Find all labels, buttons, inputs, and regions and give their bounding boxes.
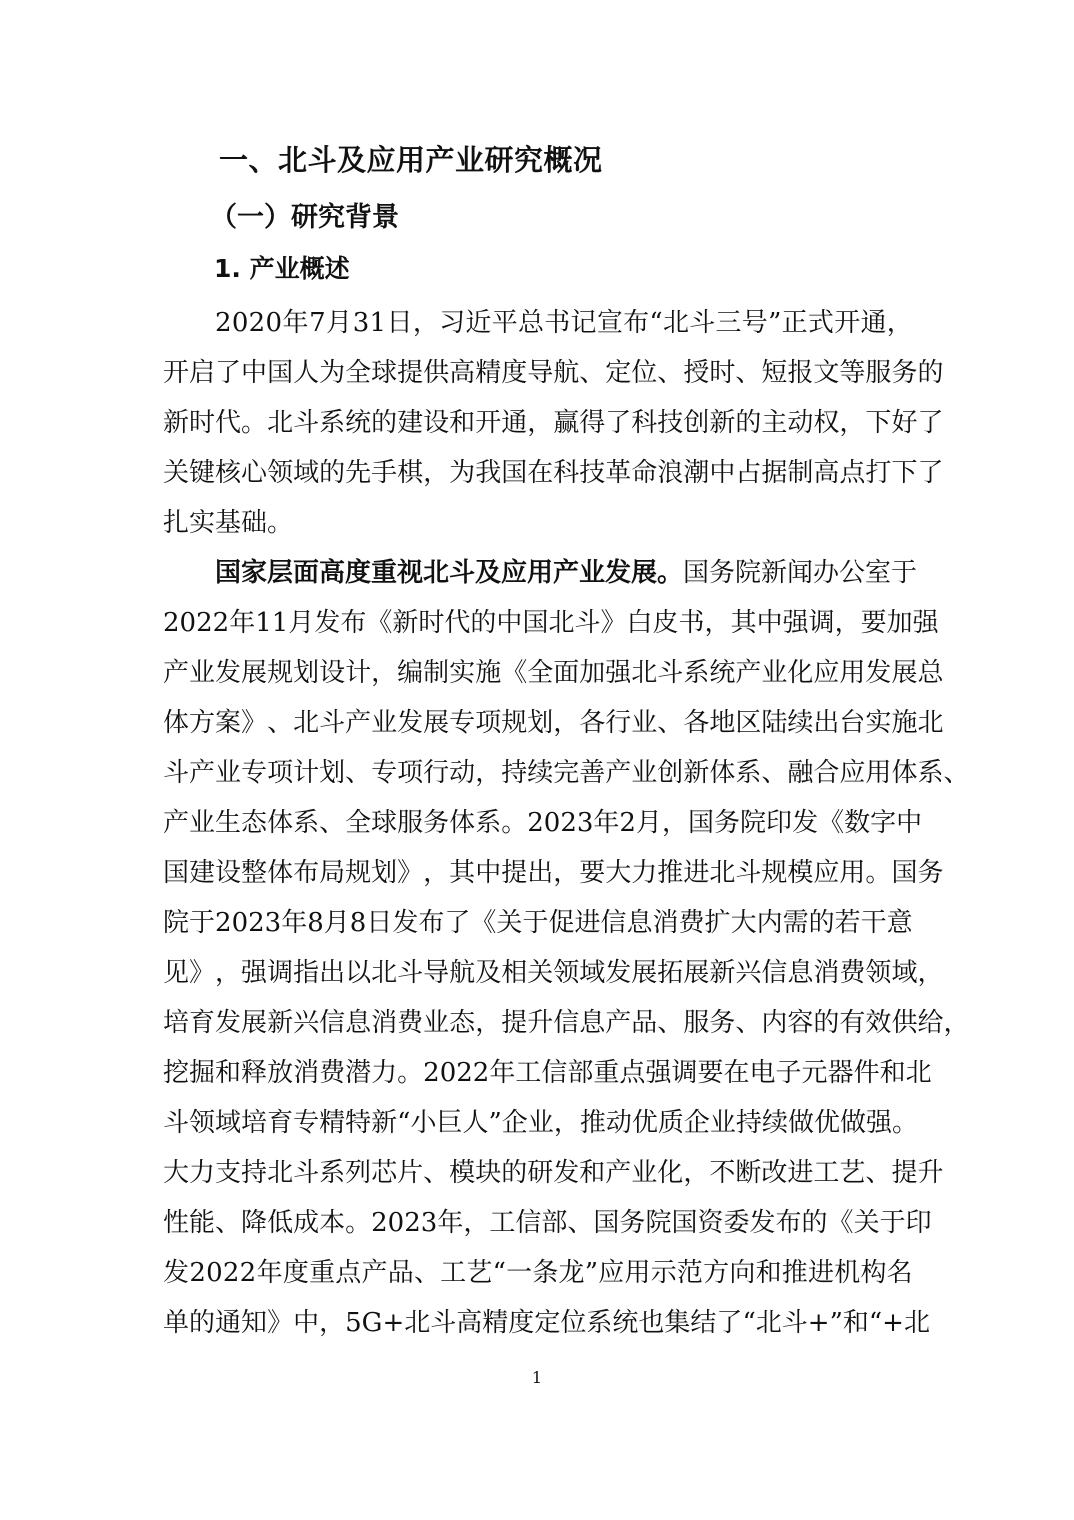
paragraph-2-line: 培育发展新兴信息消费业态，提升信息产品、服务、内容的有效供给， — [163, 998, 913, 1048]
paragraph-1-line: 新时代。北斗系统的建设和开通，赢得了科技创新的主动权，下好了 — [163, 398, 913, 448]
paragraph-1-line: 关键核心领域的先手棋，为我国在科技革命浪潮中占据制高点打下了 — [163, 448, 913, 498]
paragraph-2-line: 挖掘和释放消费潜力。2022 年工信部重点强调要在电子元器件和北 — [163, 1048, 913, 1098]
body-text: 2020 年 7 月 31 日，习近平总书记宣布“北斗三号”正式开通， 开启了中… — [163, 298, 913, 1348]
paragraph-2-line: 产业生态体系、全球服务体系。2023 年 2 月，国务院印发《数字中 — [163, 798, 913, 848]
paragraph-2-line: 单的通知》中，5G+北斗高精度定位系统也集结了“北斗+”和“+北 — [163, 1298, 913, 1348]
paragraph-2-line: 大力支持北斗系列芯片、模块的研发和产业化，不断改进工艺、提升 — [163, 1148, 913, 1198]
paragraph-2-line: 国建设整体布局规划》，其中提出，要大力推进北斗规模应用。国务 — [163, 848, 913, 898]
paragraph-2-line: 斗领域培育专精特新“小巨人”企业，推动优质企业持续做优做强。 — [163, 1098, 913, 1148]
paragraph-2-line: 见》，强调指出以北斗导航及相关领域发展拓展新兴信息消费领域， — [163, 948, 913, 998]
paragraph-2-line: 院于 2023 年 8 月 8 日发布了《关于促进信息消费扩大内需的若干意 — [163, 898, 913, 948]
paragraph-1-line: 扎实基础。 — [163, 498, 913, 548]
heading-level-1: 一、北斗及应用产业研究概况 — [219, 140, 603, 180]
heading-level-2: （一）研究背景 — [210, 199, 399, 237]
paragraph-2-first-line: 国家层面高度重视北斗及应用产业发展。国务院新闻办公室于 — [163, 548, 913, 598]
heading-level-3: 1. 产业概述 — [214, 251, 350, 287]
paragraph-2-line: 体方案》、北斗产业发展专项规划，各行业、各地区陆续出台实施北 — [163, 698, 913, 748]
paragraph-1-line: 2020 年 7 月 31 日，习近平总书记宣布“北斗三号”正式开通， — [163, 298, 913, 348]
paragraph-2-line: 发 2022 年度重点产品、工艺“一条龙”应用示范方向和推进机构名 — [163, 1248, 913, 1298]
paragraph-2-bold-lead: 国家层面高度重视北斗及应用产业发展。 — [215, 548, 683, 598]
page-number: 1 — [0, 1366, 1074, 1390]
paragraph-2-line: 斗产业专项计划、专项行动，持续完善产业创新体系、融合应用体系、 — [163, 748, 913, 798]
paragraph-2-line: 2022 年 11 月发布《新时代的中国北斗》白皮书，其中强调，要加强 — [163, 598, 913, 648]
paragraph-2-first-line-rest: 国务院新闻办公室于 — [683, 548, 917, 598]
paragraph-2-line: 性能、降低成本。2023 年，工信部、国务院国资委发布的《关于印 — [163, 1198, 913, 1248]
document-page: 一、北斗及应用产业研究概况 （一）研究背景 1. 产业概述 2020 年 7 月… — [0, 0, 1074, 1520]
paragraph-2-line: 产业发展规划设计，编制实施《全面加强北斗系统产业化应用发展总 — [163, 648, 913, 698]
paragraph-1-line: 开启了中国人为全球提供高精度导航、定位、授时、短报文等服务的 — [163, 348, 913, 398]
